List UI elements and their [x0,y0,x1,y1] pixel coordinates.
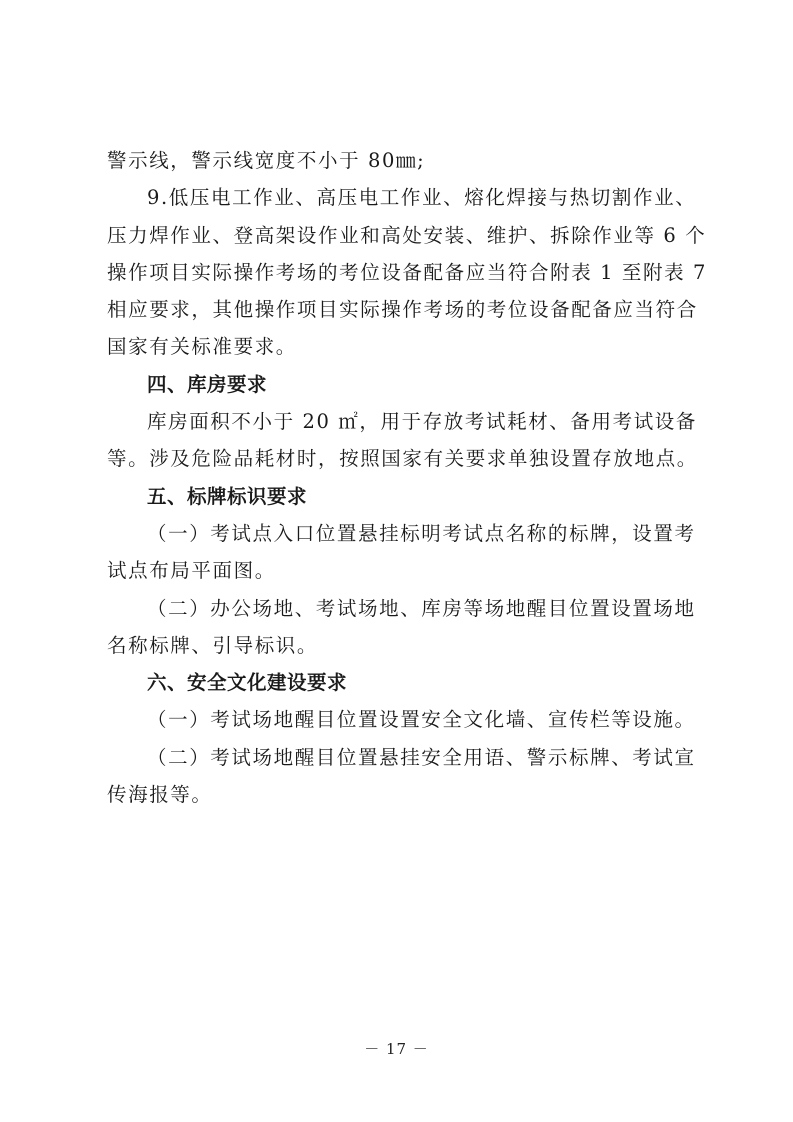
section-6-para-1-line-1: （一）考试场地醒目位置设置安全文化墙、宣传栏等设施。 [107,701,691,738]
section-5-para-2-line-1: （二）办公场地、考试场地、库房等场地醒目位置设置场地 [107,590,691,627]
item-9-line-2: 压力焊作业、登高架设作业和高处安装、维护、拆除作业等 6 个 [107,217,691,254]
item-9-line-5: 国家有关标准要求。 [107,328,691,365]
page-number: － 17 － [0,1038,793,1059]
section-4-para-line-2: 等。涉及危险品耗材时，按照国家有关要求单独设置存放地点。 [107,440,691,477]
body-line: 警示线，警示线宽度不小于 80㎜; [107,142,691,179]
section-5-para-1-line-2: 试点布局平面图。 [107,552,691,589]
item-9-line-3: 操作项目实际操作考场的考位设备配备应当符合附表 1 至附表 7 [107,254,691,291]
item-9-line-4: 相应要求，其他操作项目实际操作考场的考位设备配备应当符合 [107,291,691,328]
section-5-para-1-line-1: （一）考试点入口位置悬挂标明考试点名称的标牌，设置考 [107,515,691,552]
section-5-heading: 五、标牌标识要求 [107,478,691,515]
document-page: 警示线，警示线宽度不小于 80㎜; 9.低压电工作业、高压电工作业、熔化焊接与热… [107,142,691,813]
section-4-heading: 四、库房要求 [107,366,691,403]
item-9-line-1: 9.低压电工作业、高压电工作业、熔化焊接与热切割作业、 [107,179,691,216]
section-5-para-2-line-2: 名称标牌、引导标识。 [107,627,691,664]
section-4-para-line-1: 库房面积不小于 20 ㎡，用于存放考试耗材、备用考试设备 [107,403,691,440]
section-6-para-2-line-2: 传海报等。 [107,776,691,813]
section-6-heading: 六、安全文化建设要求 [107,664,691,701]
section-6-para-2-line-1: （二）考试场地醒目位置悬挂安全用语、警示标牌、考试宣 [107,739,691,776]
